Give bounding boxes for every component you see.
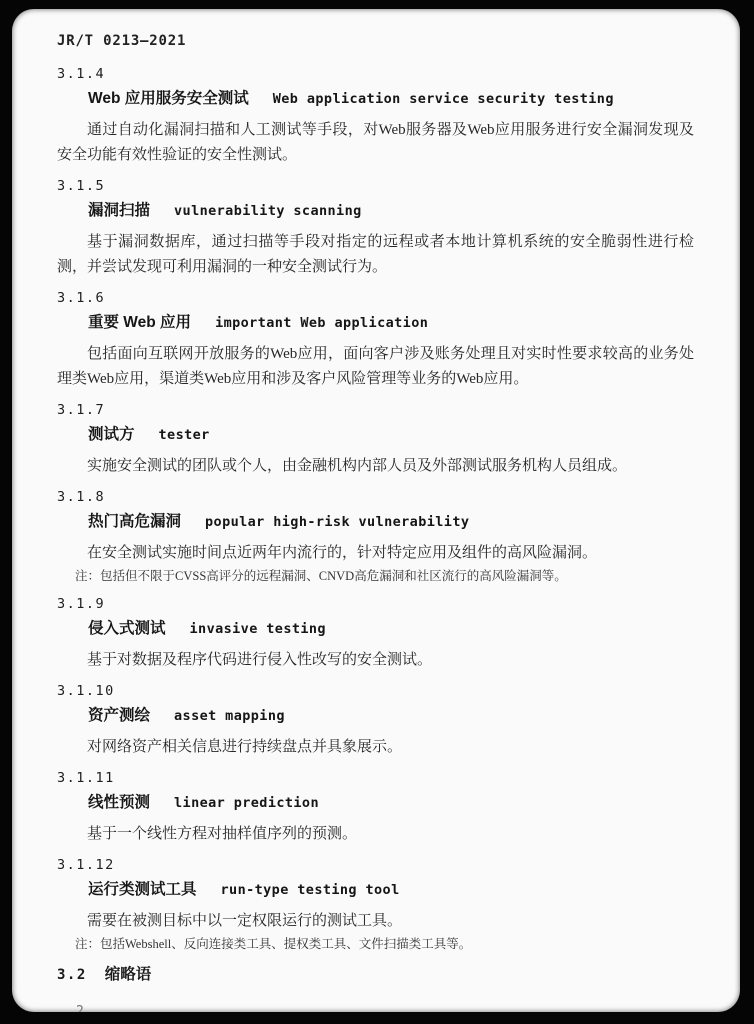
section-number: 3.1.7: [57, 402, 694, 418]
section-number: 3.1.4: [57, 66, 694, 82]
term-english: Web application service security testing: [273, 91, 614, 107]
term-section-3-1-9: 3.1.9 侵入式测试 invasive testing 基于对数据及程序代码进…: [57, 596, 694, 673]
note-text: 注：包括Webshell、反向连接类工具、提权类工具、文件扫描类工具等。: [75, 934, 694, 954]
document-standard-number: JR/T 0213—2021: [57, 33, 694, 49]
term-line: 资产测绘 asset mapping: [88, 705, 694, 727]
term-chinese: 侵入式测试: [88, 620, 166, 637]
definition-text: 实施安全测试的团队或个人，由金融机构内部人员及外部测试服务机构人员组成。: [57, 454, 694, 479]
term-section-3-1-8: 3.1.8 热门高危漏洞 popular high-risk vulnerabi…: [57, 489, 694, 586]
definition-text: 基于漏洞数据库，通过扫描等手段对指定的远程或者本地计算机系统的安全脆弱性进行检测…: [57, 230, 694, 280]
term-section-3-1-12: 3.1.12 运行类测试工具 run-type testing tool 需要在…: [57, 857, 694, 954]
term-english: vulnerability scanning: [174, 203, 362, 219]
definition-text: 包括面向互联网开放服务的Web应用，面向客户涉及账务处理且对实时性要求较高的业务…: [57, 342, 694, 392]
note-text: 注：包括但不限于CVSS高评分的远程漏洞、CNVD高危漏洞和社区流行的高风险漏洞…: [75, 566, 694, 586]
term-english: asset mapping: [174, 708, 285, 724]
term-english: tester: [159, 427, 210, 443]
term-english: important Web application: [215, 315, 428, 331]
term-line: 线性预测 linear prediction: [88, 792, 694, 814]
term-english: popular high-risk vulnerability: [205, 514, 469, 530]
definition-text: 基于对数据及程序代码进行侵入性改写的安全测试。: [57, 648, 694, 673]
term-line: 重要 Web 应用 important Web application: [88, 312, 694, 334]
definition-text: 需要在被测目标中以一定权限运行的测试工具。: [57, 909, 694, 934]
term-chinese: 漏洞扫描: [88, 202, 150, 219]
section-number: 3.1.12: [57, 857, 694, 873]
term-section-3-1-6: 3.1.6 重要 Web 应用 important Web applicatio…: [57, 290, 694, 392]
term-english: invasive testing: [190, 621, 326, 637]
term-chinese: 热门高危漏洞: [88, 513, 181, 530]
term-chinese: 线性预测: [88, 794, 150, 811]
subsection-number: 3.2: [57, 967, 87, 983]
term-english: linear prediction: [174, 795, 319, 811]
term-line: Web 应用服务安全测试 Web application service sec…: [88, 88, 694, 110]
term-english: run-type testing tool: [221, 882, 400, 898]
term-line: 热门高危漏洞 popular high-risk vulnerability: [88, 511, 694, 533]
term-line: 侵入式测试 invasive testing: [88, 618, 694, 640]
definition-text: 在安全测试实施时间点近两年内流行的，针对特定应用及组件的高风险漏洞。: [57, 541, 694, 566]
term-chinese: 重要 Web 应用: [88, 314, 191, 331]
section-number: 3.1.9: [57, 596, 694, 612]
term-chinese: 运行类测试工具: [88, 881, 197, 898]
term-section-3-1-10: 3.1.10 资产测绘 asset mapping 对网络资产相关信息进行持续盘…: [57, 683, 694, 760]
definition-text: 对网络资产相关信息进行持续盘点并具象展示。: [57, 735, 694, 760]
definition-text: 通过自动化漏洞扫描和人工测试等手段，对Web服务器及Web应用服务进行安全漏洞发…: [57, 118, 694, 168]
term-section-3-1-7: 3.1.7 测试方 tester 实施安全测试的团队或个人，由金融机构内部人员及…: [57, 402, 694, 479]
definition-text: 基于一个线性方程对抽样值序列的预测。: [57, 822, 694, 847]
term-section-3-1-5: 3.1.5 漏洞扫描 vulnerability scanning 基于漏洞数据…: [57, 178, 694, 280]
subsection-title: 缩略语: [105, 966, 152, 983]
section-number: 3.1.10: [57, 683, 694, 699]
term-chinese: Web 应用服务安全测试: [88, 90, 249, 107]
term-section-3-1-11: 3.1.11 线性预测 linear prediction 基于一个线性方程对抽…: [57, 770, 694, 847]
section-number: 3.1.6: [57, 290, 694, 306]
term-chinese: 资产测绘: [88, 707, 150, 724]
term-chinese: 测试方: [88, 426, 135, 443]
document-page: JR/T 0213—2021 3.1.4 Web 应用服务安全测试 Web ap…: [12, 9, 740, 1012]
page-content: JR/T 0213—2021 3.1.4 Web 应用服务安全测试 Web ap…: [12, 9, 740, 986]
term-line: 漏洞扫描 vulnerability scanning: [88, 200, 694, 222]
term-line: 测试方 tester: [88, 424, 694, 446]
section-number: 3.1.8: [57, 489, 694, 505]
term-line: 运行类测试工具 run-type testing tool: [88, 879, 694, 901]
document-photo: JR/T 0213—2021 3.1.4 Web 应用服务安全测试 Web ap…: [0, 0, 754, 1024]
term-section-3-1-4: 3.1.4 Web 应用服务安全测试 Web application servi…: [57, 66, 694, 168]
subsection-heading-3-2: 3.2 缩略语: [57, 964, 694, 986]
section-number: 3.1.11: [57, 770, 694, 786]
page-number: 2: [76, 1004, 84, 1012]
section-number: 3.1.5: [57, 178, 694, 194]
